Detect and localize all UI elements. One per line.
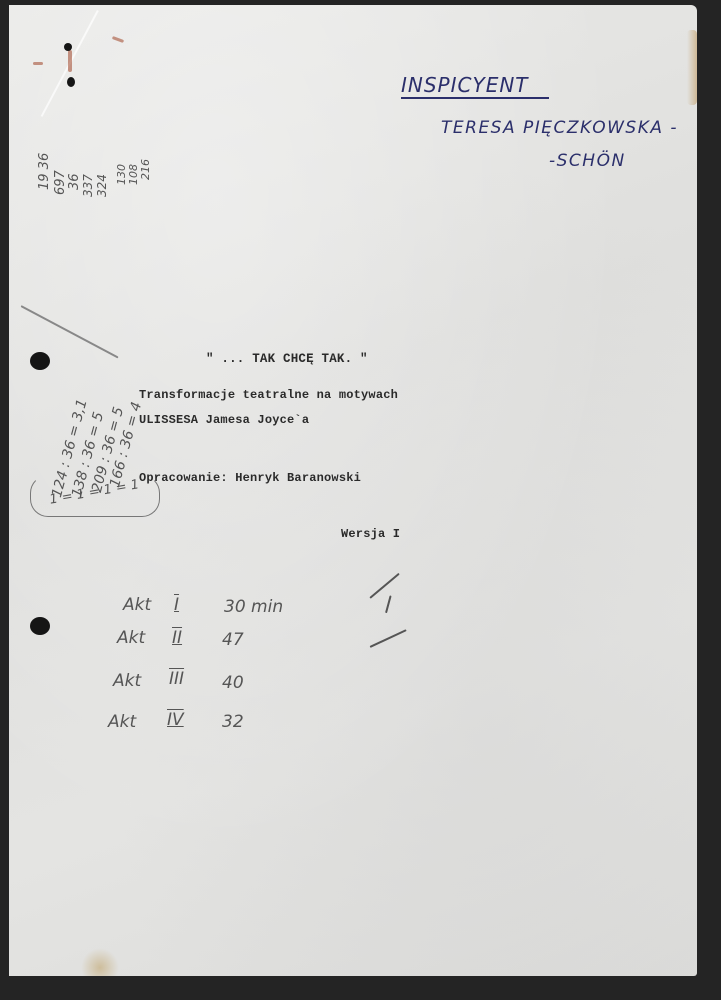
- act-label: Akt: [108, 712, 136, 732]
- calc-number: 337: [81, 174, 95, 197]
- stage-manager-name: TERESA PIĘCZKOWSKA -: [441, 118, 678, 138]
- adaptation-credit: Opracowanie: Henryk Baranowski: [139, 471, 361, 485]
- act-label: Akt: [123, 595, 151, 615]
- play-title: " ... TAK CHCĘ TAK. ": [206, 352, 368, 366]
- pencil-division-line: 324: [95, 174, 109, 197]
- act-label: Akt: [113, 671, 141, 691]
- document-page: INSPICYENT TERESA PIĘCZKOWSKA - -SCHÖN 1…: [9, 5, 697, 976]
- act-numeral: I: [174, 595, 179, 615]
- pencil-check-mark: [385, 595, 392, 613]
- play-subtitle: Transformacje teatralne na motywach: [139, 388, 398, 402]
- rust-mark: [68, 50, 72, 72]
- calc-number: 36: [67, 173, 82, 190]
- calc-number: 697: [53, 170, 68, 195]
- act-duration: 40: [222, 673, 244, 693]
- act-numeral: III: [169, 669, 184, 689]
- act-numeral: IV: [167, 710, 184, 730]
- pencil-division-line: 36: [67, 173, 82, 190]
- pencil-division-line: 216: [139, 159, 152, 180]
- pencil-arc: [21, 305, 119, 358]
- water-stain-bottom: [81, 948, 119, 976]
- pencil-division-top: 19 36: [37, 153, 52, 190]
- pencil-check-mark: [369, 573, 399, 599]
- calc-number: 324: [95, 174, 109, 197]
- punch-hole-bottom: [30, 617, 50, 635]
- act-duration: 30 min: [224, 597, 283, 617]
- stage-manager-name-cont: -SCHÖN: [549, 151, 626, 171]
- version-label: Wersja I: [341, 527, 400, 541]
- inspicyent-heading: INSPICYENT: [401, 73, 549, 99]
- punch-hole-top: [30, 352, 50, 370]
- pencil-division-line: 697: [53, 170, 68, 195]
- pencil-division-line: 337: [81, 174, 95, 197]
- act-duration: 32: [222, 712, 244, 732]
- calc-number: 36: [37, 153, 52, 170]
- staple-hole: [67, 77, 75, 87]
- rust-mark: [112, 36, 124, 43]
- act-numeral: II: [172, 628, 182, 648]
- staple-hole: [64, 43, 72, 51]
- play-subtitle-cont: ULISSESA Jamesa Joyce`a: [139, 413, 309, 427]
- pencil-check-mark: [370, 629, 407, 648]
- act-duration: 47: [222, 630, 244, 650]
- calc-number: 19: [37, 173, 52, 190]
- calc-number: 216: [139, 159, 152, 180]
- water-stain-right: [687, 30, 697, 105]
- act-label: Akt: [117, 628, 145, 648]
- rust-mark: [33, 62, 43, 65]
